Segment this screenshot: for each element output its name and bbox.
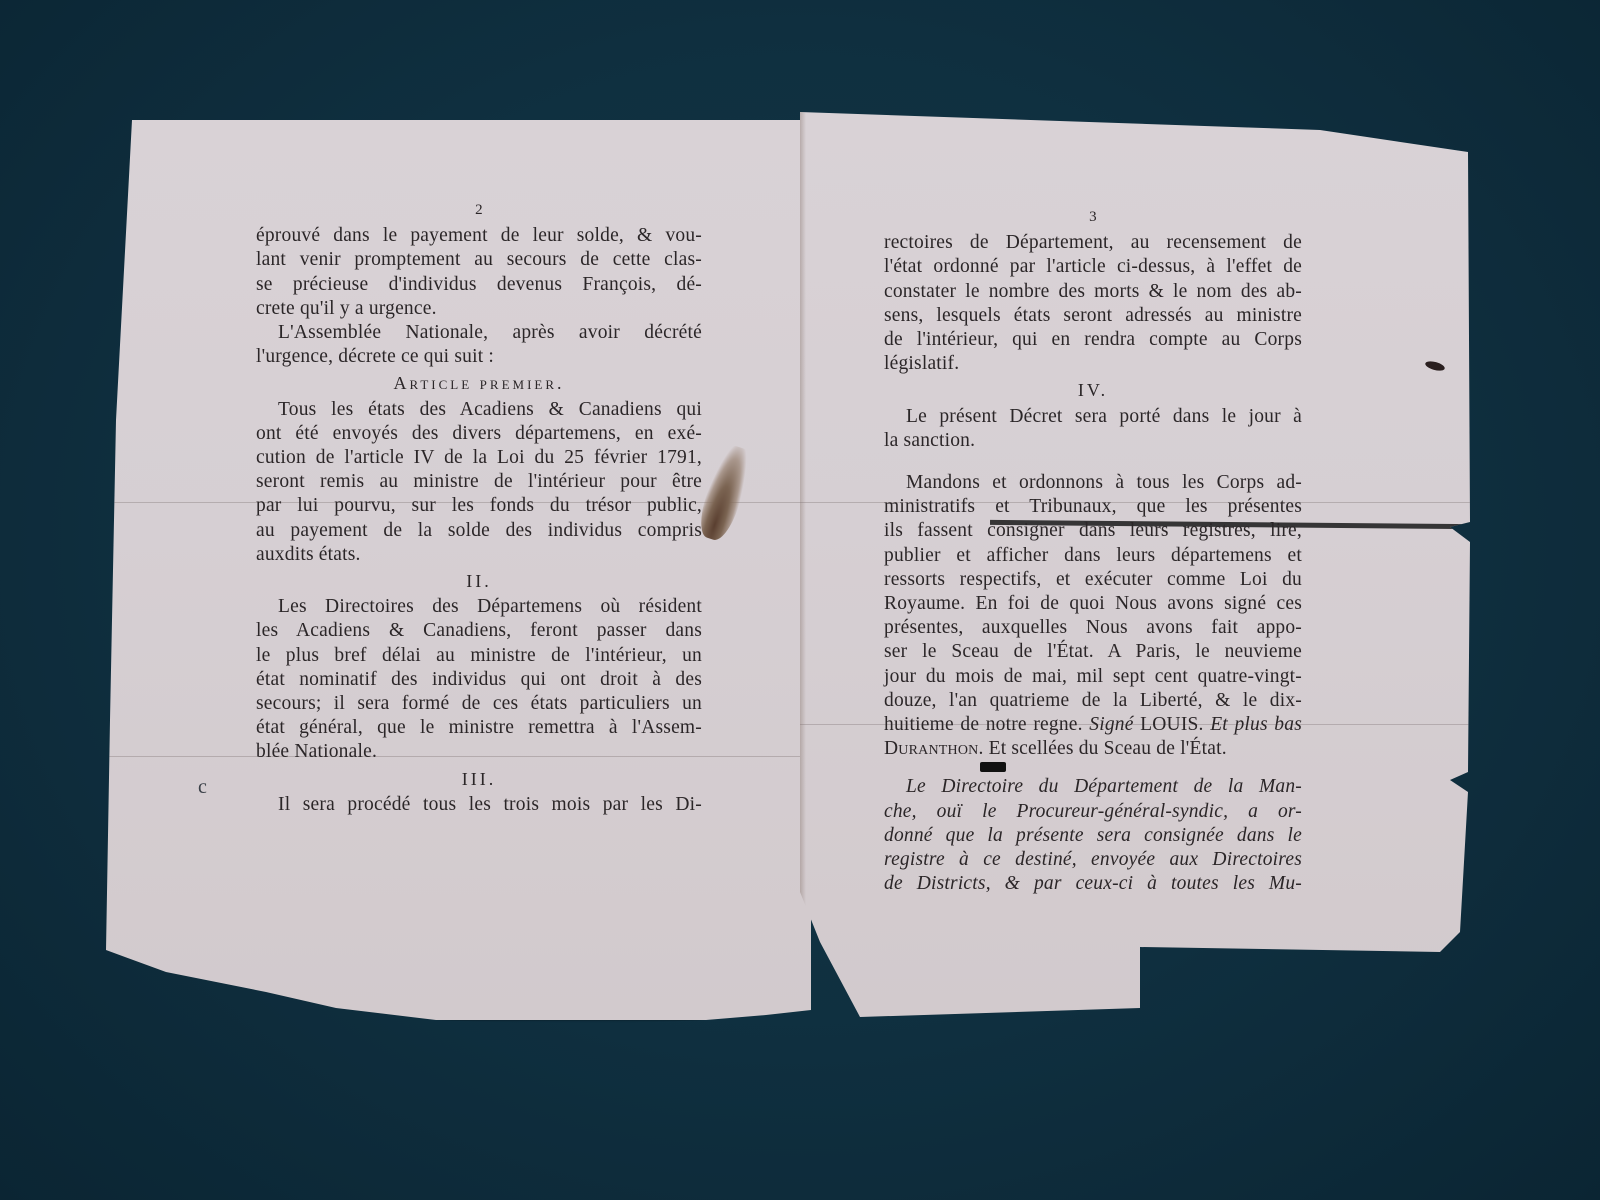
text-line: auxdits états. [256,543,702,567]
text-line: ministratifs et Tribunaux, que les prése… [884,495,1302,519]
text-line: Royaume. En foi de quoi Nous avons signé… [884,592,1302,616]
text-line: législatif. [884,352,1302,376]
text-line: publier et afficher dans leurs départeme… [884,544,1302,568]
text-line: Mandons et ordonnons à tous les Corps ad… [884,471,1302,495]
signature-line: Duranthon. Et scellées du Sceau de l'Éta… [884,737,1302,761]
sealed-text: . Et scellées du Sceau de l'État. [978,738,1226,759]
text-line: Le Directoire du Département de la Man- [884,775,1302,799]
article-heading: III. [256,767,702,791]
text-line: rectoires de Département, au recensement… [884,231,1302,255]
text-line: l'état ordonné par l'article ci-dessus, … [884,255,1302,279]
page-number: 2 [256,198,702,222]
text-line: che, ouï le Procureur-général-syndic, a … [884,800,1302,824]
signature-line: huitieme de notre regne. Signé LOUIS. Et… [884,713,1302,737]
text-line: crete qu'il y a urgence. [256,297,702,321]
text-line: ont été envoyés des divers départemens, … [256,422,702,446]
signe-label: Signé [1089,714,1133,735]
page-number: 3 [884,205,1302,229]
margin-mark: c [198,776,207,799]
text-line: de l'intérieur, qui en rendra compte au … [884,328,1302,352]
text-line: Les Directoires des Départemens où résid… [256,595,702,619]
text-line: éprouvé dans le payement de leur solde, … [256,224,702,248]
text-fragment: huitieme de notre regne. [884,714,1083,735]
text-line: les Acadiens & Canadiens, feront passer … [256,619,702,643]
text-line: sens, lesquels états seront adressés au … [884,304,1302,328]
document-photo: c 2 éprouvé dans le payement de leur sol… [0,0,1600,1200]
text-line: lant venir promptement au secours de cet… [256,248,702,272]
text-line: état général, que le ministre remettra à… [256,716,702,740]
text-line: le plus bref délai au ministre de l'inté… [256,644,702,668]
text-line: de Districts, & par ceux-ci à toutes les… [884,872,1302,896]
text-line: seront remis au ministre de l'intérieur … [256,470,702,494]
article-heading: II. [256,569,702,593]
text-line: blée Nationale. [256,740,702,764]
text-line: L'Assemblée Nationale, après avoir décré… [256,321,702,345]
text-line: se précieuse d'individus devenus Françoi… [256,273,702,297]
text-line: secours; il sera formé de ces états part… [256,692,702,716]
text-line: registre à ce destiné, envoyée aux Direc… [884,848,1302,872]
text-line: constater le nombre des morts & le nom d… [884,280,1302,304]
text-line: au payement de la solde des individus co… [256,519,702,543]
text-line: par lui pourvu, sur les fonds du trésor … [256,494,702,518]
text-line: Tous les états des Acadiens & Canadiens … [256,398,702,422]
article-heading: IV. [884,378,1302,402]
text-line: la sanction. [884,429,1302,453]
king-signature: LOUIS. [1140,714,1204,735]
text-line: cution de l'article IV de la Loi du 25 f… [256,446,702,470]
text-line: ressorts respectifs, et exécuter comme L… [884,568,1302,592]
right-page-text: 3 rectoires de Département, au recenseme… [884,205,1302,896]
text-line: présentes, auxquelles Nous avons fait ap… [884,616,1302,640]
text-line: ser le Sceau de l'État. A Paris, le neuv… [884,640,1302,664]
text-line: état nominatif des individus qui ont dro… [256,668,702,692]
text-line: l'urgence, décrete ce qui suit : [256,345,702,369]
article-heading: Article premier. [256,371,702,395]
text-line: douze, l'an quatrieme de la Liberté, & l… [884,689,1302,713]
text-line: ils fassent consigner dans leurs registr… [884,519,1302,543]
text-line: donné que la présente sera consignée dan… [884,824,1302,848]
text-line: jour du mois de mai, mil sept cent quatr… [884,665,1302,689]
text-line: Le présent Décret sera porté dans le jou… [884,405,1302,429]
et-plus-bas: Et plus bas [1210,714,1302,735]
minister-signature: Duranthon [884,738,978,759]
text-line: Il sera procédé tous les trois mois par … [256,793,702,817]
left-page-text: 2 éprouvé dans le payement de leur solde… [256,198,702,817]
